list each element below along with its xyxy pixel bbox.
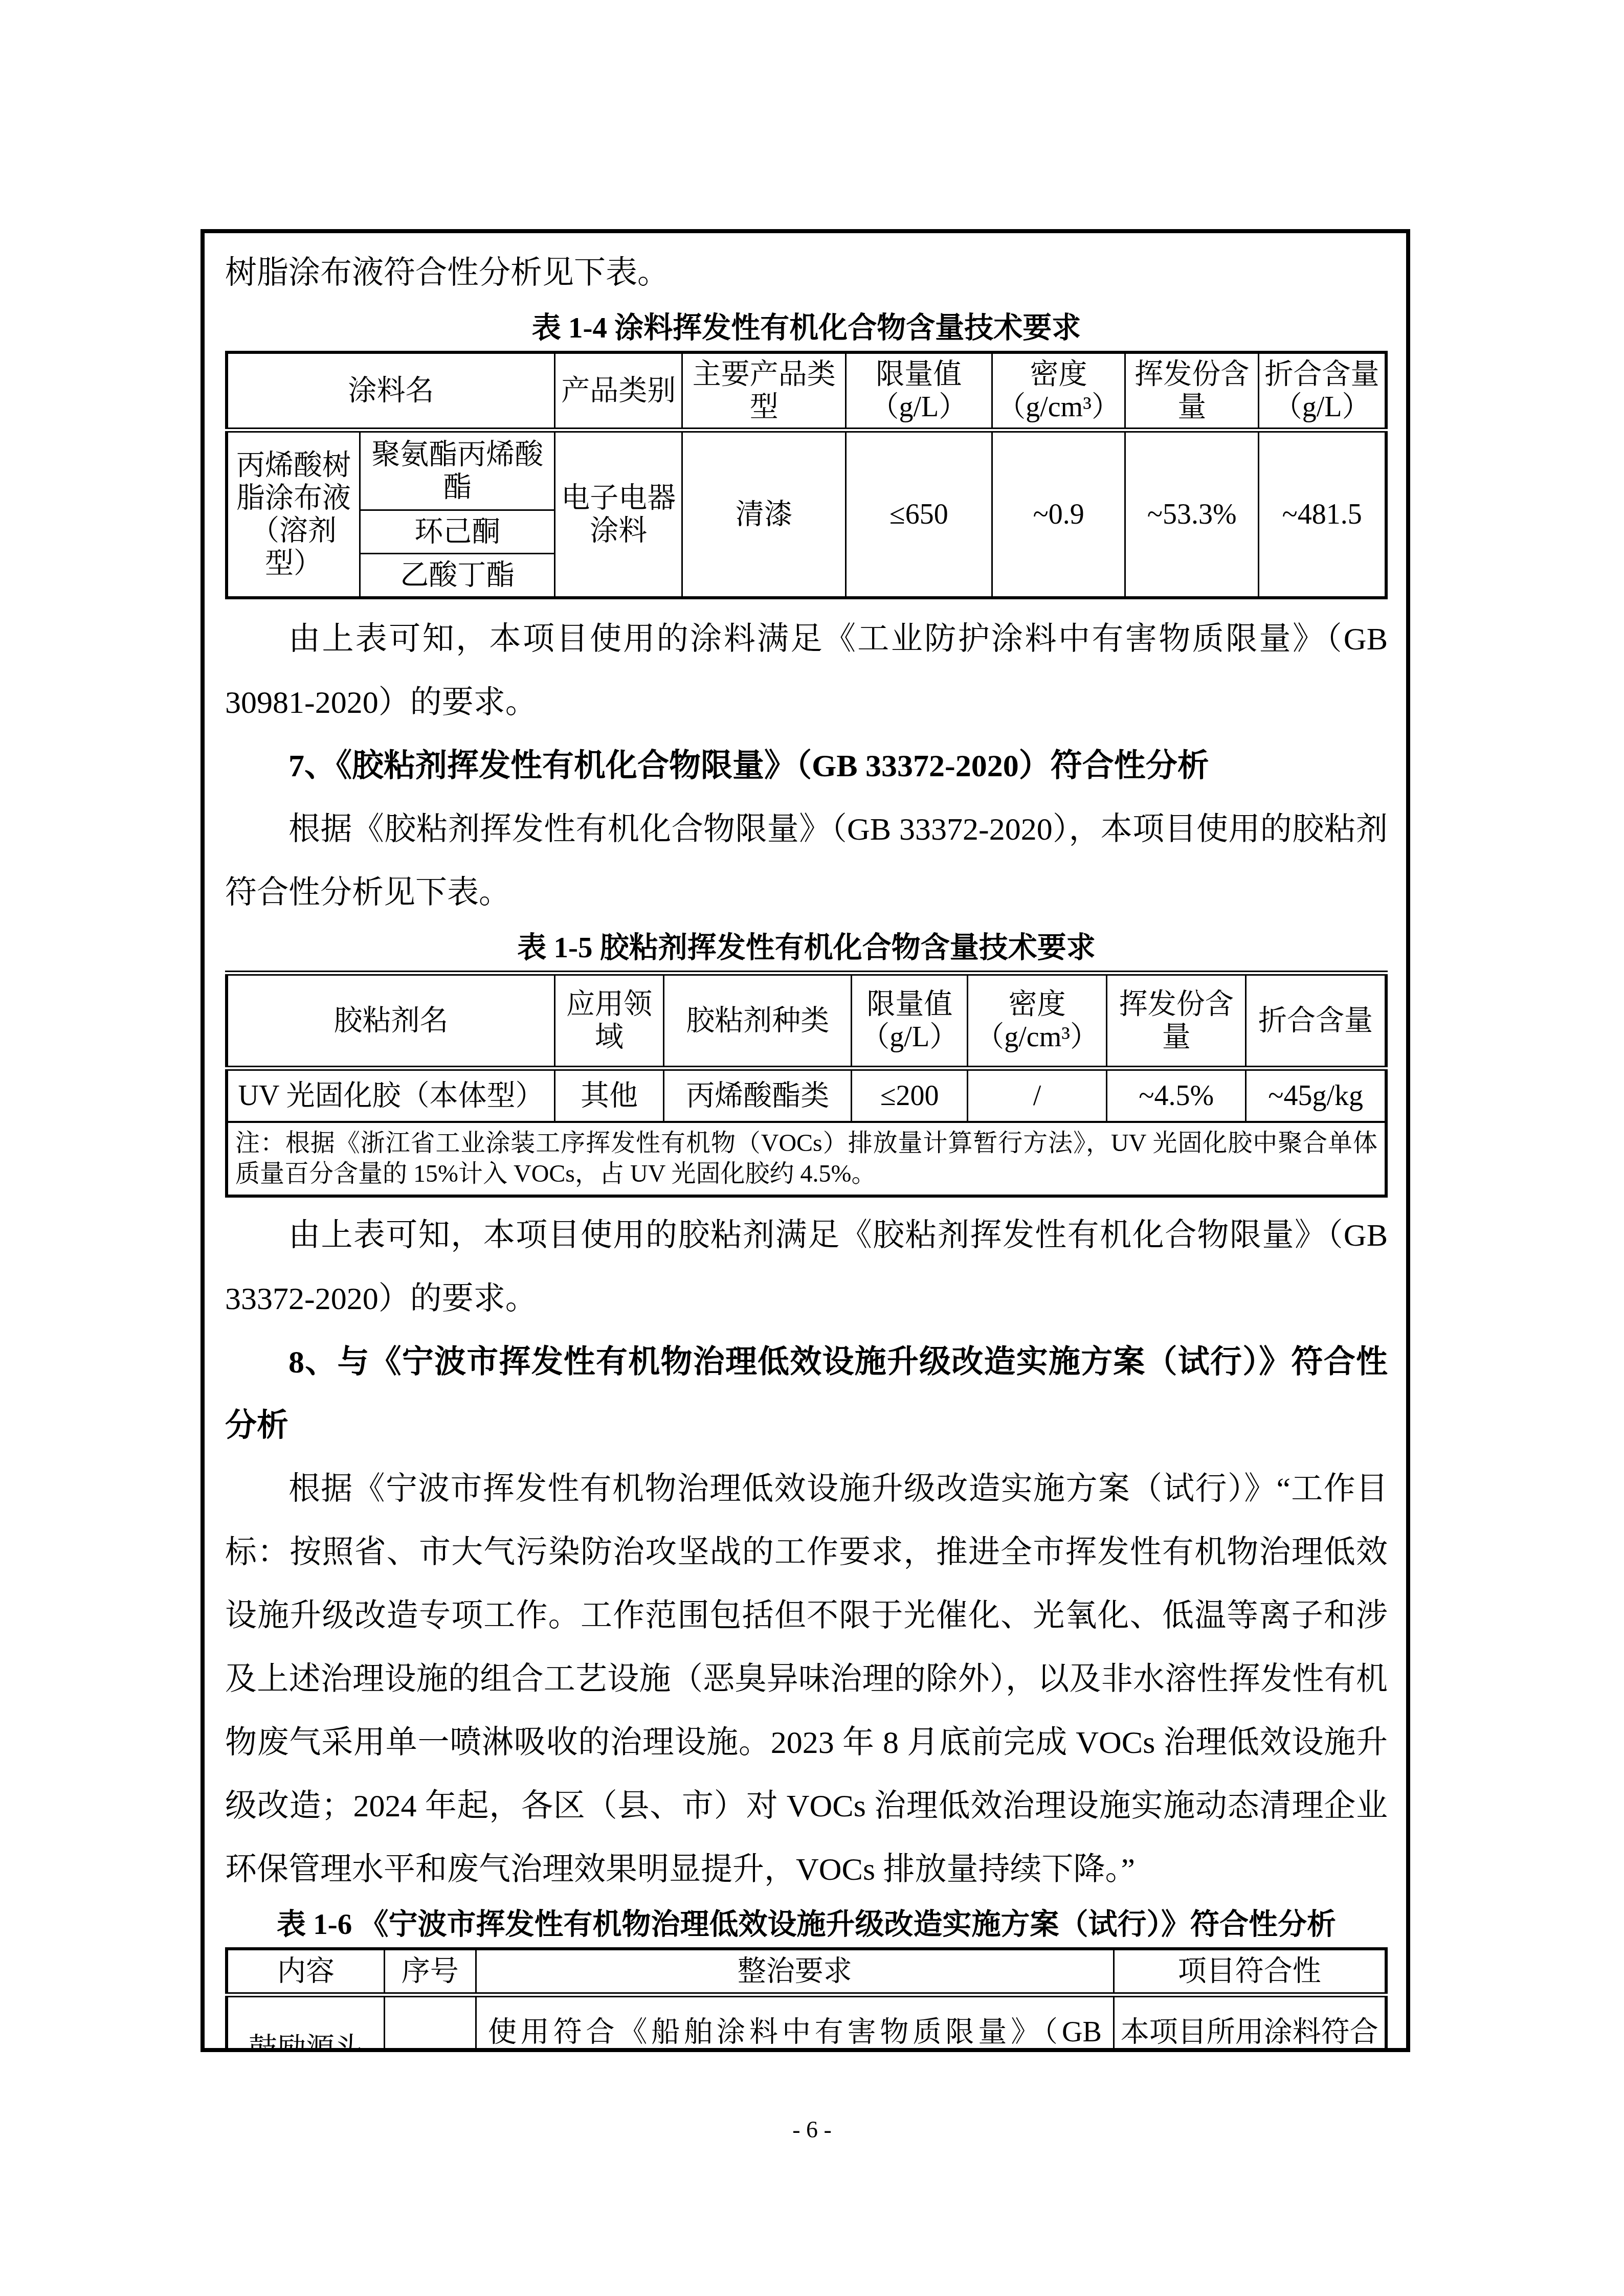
- table15-header-limit-unit: （g/L）: [854, 1021, 965, 1053]
- document-page: 树脂涂布液符合性分析见下表。 表 1-4 涂料挥发性有机化合物含量技术要求 涂料…: [0, 0, 1624, 2296]
- table-1-5: 胶粘剂名 应用领域 胶粘剂种类 限量值 （g/L） 密度 （g/cm³） 挥发份…: [225, 971, 1388, 1198]
- para-after-table15: 由上表可知，本项目使用的胶粘剂满足《胶粘剂挥发性有机化合物限量》（GB 3337…: [225, 1204, 1388, 1331]
- table16-header-index: 序号: [384, 1949, 476, 1995]
- para-section7: 根据《胶粘剂挥发性有机化合物限量》（GB 33372-2020），本项目使用的胶…: [225, 798, 1388, 925]
- table15-header-converted: 折合含量: [1246, 973, 1386, 1068]
- table16-requirement: 使用符合《船舶涂料中有害物质限量》（GB 38469-2019)《木器涂料中有害…: [476, 1995, 1114, 2052]
- table15-kind: 丙烯酸酯类: [664, 1068, 852, 1122]
- table14-header-density: 密度 （g/cm³）: [992, 352, 1125, 430]
- heading-7: 7、《胶粘剂挥发性有机化合物限量》（GB 33372-2020）符合性分析: [225, 734, 1388, 798]
- table15-limit: ≤200: [852, 1068, 968, 1122]
- table14-type: 清漆: [682, 430, 846, 598]
- para-after-table14: 由上表可知，本项目使用的涂料满足《工业防护涂料中有害物质限量》（GB 30981…: [225, 607, 1388, 734]
- table15-converted: ~45g/kg: [1246, 1068, 1386, 1122]
- table15-caption: 表 1-5 胶粘剂挥发性有机化合物含量技术要求: [225, 929, 1388, 967]
- table14-limit: ≤650: [846, 430, 992, 598]
- table16-header-content: 内容: [227, 1949, 384, 1995]
- table14-header-limit-unit: （g/L）: [849, 391, 989, 423]
- table14-converted: ~481.5: [1259, 430, 1386, 598]
- table14-component-3: 乙酸丁酯: [360, 554, 555, 598]
- table14-volatile: ~53.3%: [1125, 430, 1259, 598]
- table14-header-limit-label: 限量值: [876, 358, 962, 390]
- table15-density: /: [968, 1068, 1107, 1122]
- intro-line: 树脂涂布液符合性分析见下表。: [225, 241, 1388, 305]
- table14-header-limit: 限量值 （g/L）: [846, 352, 992, 430]
- table14-header-density-unit: （g/cm³）: [995, 391, 1123, 423]
- table15-header-limit-label: 限量值: [866, 988, 952, 1020]
- table14-header-volatile: 挥发份含量: [1125, 352, 1259, 430]
- table-1-4: 涂料名 产品类别 主要产品类型 限量值 （g/L） 密度 （g/cm³） 挥发份…: [225, 351, 1388, 599]
- table14-coating-name: 丙烯酸树脂涂布液（溶剂型）: [227, 430, 360, 598]
- table14-component-2: 环己酮: [360, 510, 555, 554]
- table14-header-converted-unit: （g/L）: [1261, 391, 1383, 423]
- page-number: - 6 -: [0, 2112, 1624, 2148]
- table14-header-category: 产品类别: [555, 352, 682, 430]
- table16-header-row: 内容 序号 整治要求 项目符合性: [227, 1949, 1386, 1995]
- table15-header-kind: 胶粘剂种类: [664, 973, 852, 1068]
- table14-header-row: 涂料名 产品类别 主要产品类型 限量值 （g/L） 密度 （g/cm³） 挥发份…: [227, 352, 1386, 430]
- table15-adhesive-name: UV 光固化胶（本体型）: [227, 1068, 555, 1122]
- table14-component-1: 聚氨酯丙烯酸酯: [360, 430, 555, 510]
- table15-field: 其他: [555, 1068, 664, 1122]
- table14-header-name: 涂料名: [227, 352, 555, 430]
- table16-content: 鼓励源头控制: [227, 1995, 384, 2052]
- table16-header-requirement: 整治要求: [476, 1949, 1114, 1995]
- table16-index: 1: [384, 1995, 476, 2052]
- table15-note-row: 注：根据《浙江省工业涂装工序挥发性有机物（VOCs）排放量计算暂行方法》，UV …: [227, 1122, 1386, 1196]
- table15-header-density: 密度 （g/cm³）: [968, 973, 1107, 1068]
- para-section8: 根据《宁波市挥发性有机物治理低效设施升级改造实施方案（试行）》“工作目标：按照省…: [225, 1457, 1388, 1901]
- table15-header-volatile: 挥发份含量: [1107, 973, 1246, 1068]
- table15-data-row: UV 光固化胶（本体型） 其他 丙烯酸酯类 ≤200 / ~4.5% ~45g/…: [227, 1068, 1386, 1122]
- table15-header-row: 胶粘剂名 应用领域 胶粘剂种类 限量值 （g/L） 密度 （g/cm³） 挥发份…: [227, 973, 1386, 1068]
- table14-header-type: 主要产品类型: [682, 352, 846, 430]
- table14-header-converted: 折合含量 （g/L）: [1259, 352, 1386, 430]
- table14-header-density-label: 密度: [1030, 358, 1087, 390]
- table14-caption: 表 1-4 涂料挥发性有机化合物含量技术要求: [225, 309, 1388, 348]
- table15-header-name: 胶粘剂名: [227, 973, 555, 1068]
- table15-header-field: 应用领域: [555, 973, 664, 1068]
- table15-header-density-unit: （g/cm³）: [970, 1021, 1104, 1053]
- table14-row-1: 丙烯酸树脂涂布液（溶剂型） 聚氨酯丙烯酸酯 电子电器涂料 清漆 ≤650 ~0.…: [227, 430, 1386, 510]
- heading-8: 8、与《宁波市挥发性有机物治理低效设施升级改造实施方案（试行）》符合性分析: [225, 1331, 1388, 1457]
- table15-volatile: ~4.5%: [1107, 1068, 1246, 1122]
- table14-density: ~0.9: [992, 430, 1125, 598]
- table-1-6: 内容 序号 整治要求 项目符合性 鼓励源头控制 1 使用符合《船舶涂料中有害物质…: [225, 1947, 1388, 2052]
- table16-caption: 表 1-6 《宁波市挥发性有机物治理低效设施升级改造实施方案（试行）》符合性分析: [225, 1905, 1388, 1944]
- table14-category: 电子电器涂料: [555, 430, 682, 598]
- table14-header-converted-label: 折合含量: [1265, 358, 1380, 390]
- table15-note: 注：根据《浙江省工业涂装工序挥发性有机物（VOCs）排放量计算暂行方法》，UV …: [227, 1122, 1386, 1196]
- table16-compliance: 本项目所用涂料符合《工业防护涂料中有害物质限量》（GB: [1114, 1995, 1386, 2052]
- table16-data-row: 鼓励源头控制 1 使用符合《船舶涂料中有害物质限量》（GB 38469-2019…: [227, 1995, 1386, 2052]
- table15-header-density-label: 密度: [1009, 988, 1066, 1020]
- content-border-box: 树脂涂布液符合性分析见下表。 表 1-4 涂料挥发性有机化合物含量技术要求 涂料…: [201, 229, 1410, 2052]
- table16-header-compliance: 项目符合性: [1114, 1949, 1386, 1995]
- table15-header-limit: 限量值 （g/L）: [852, 973, 968, 1068]
